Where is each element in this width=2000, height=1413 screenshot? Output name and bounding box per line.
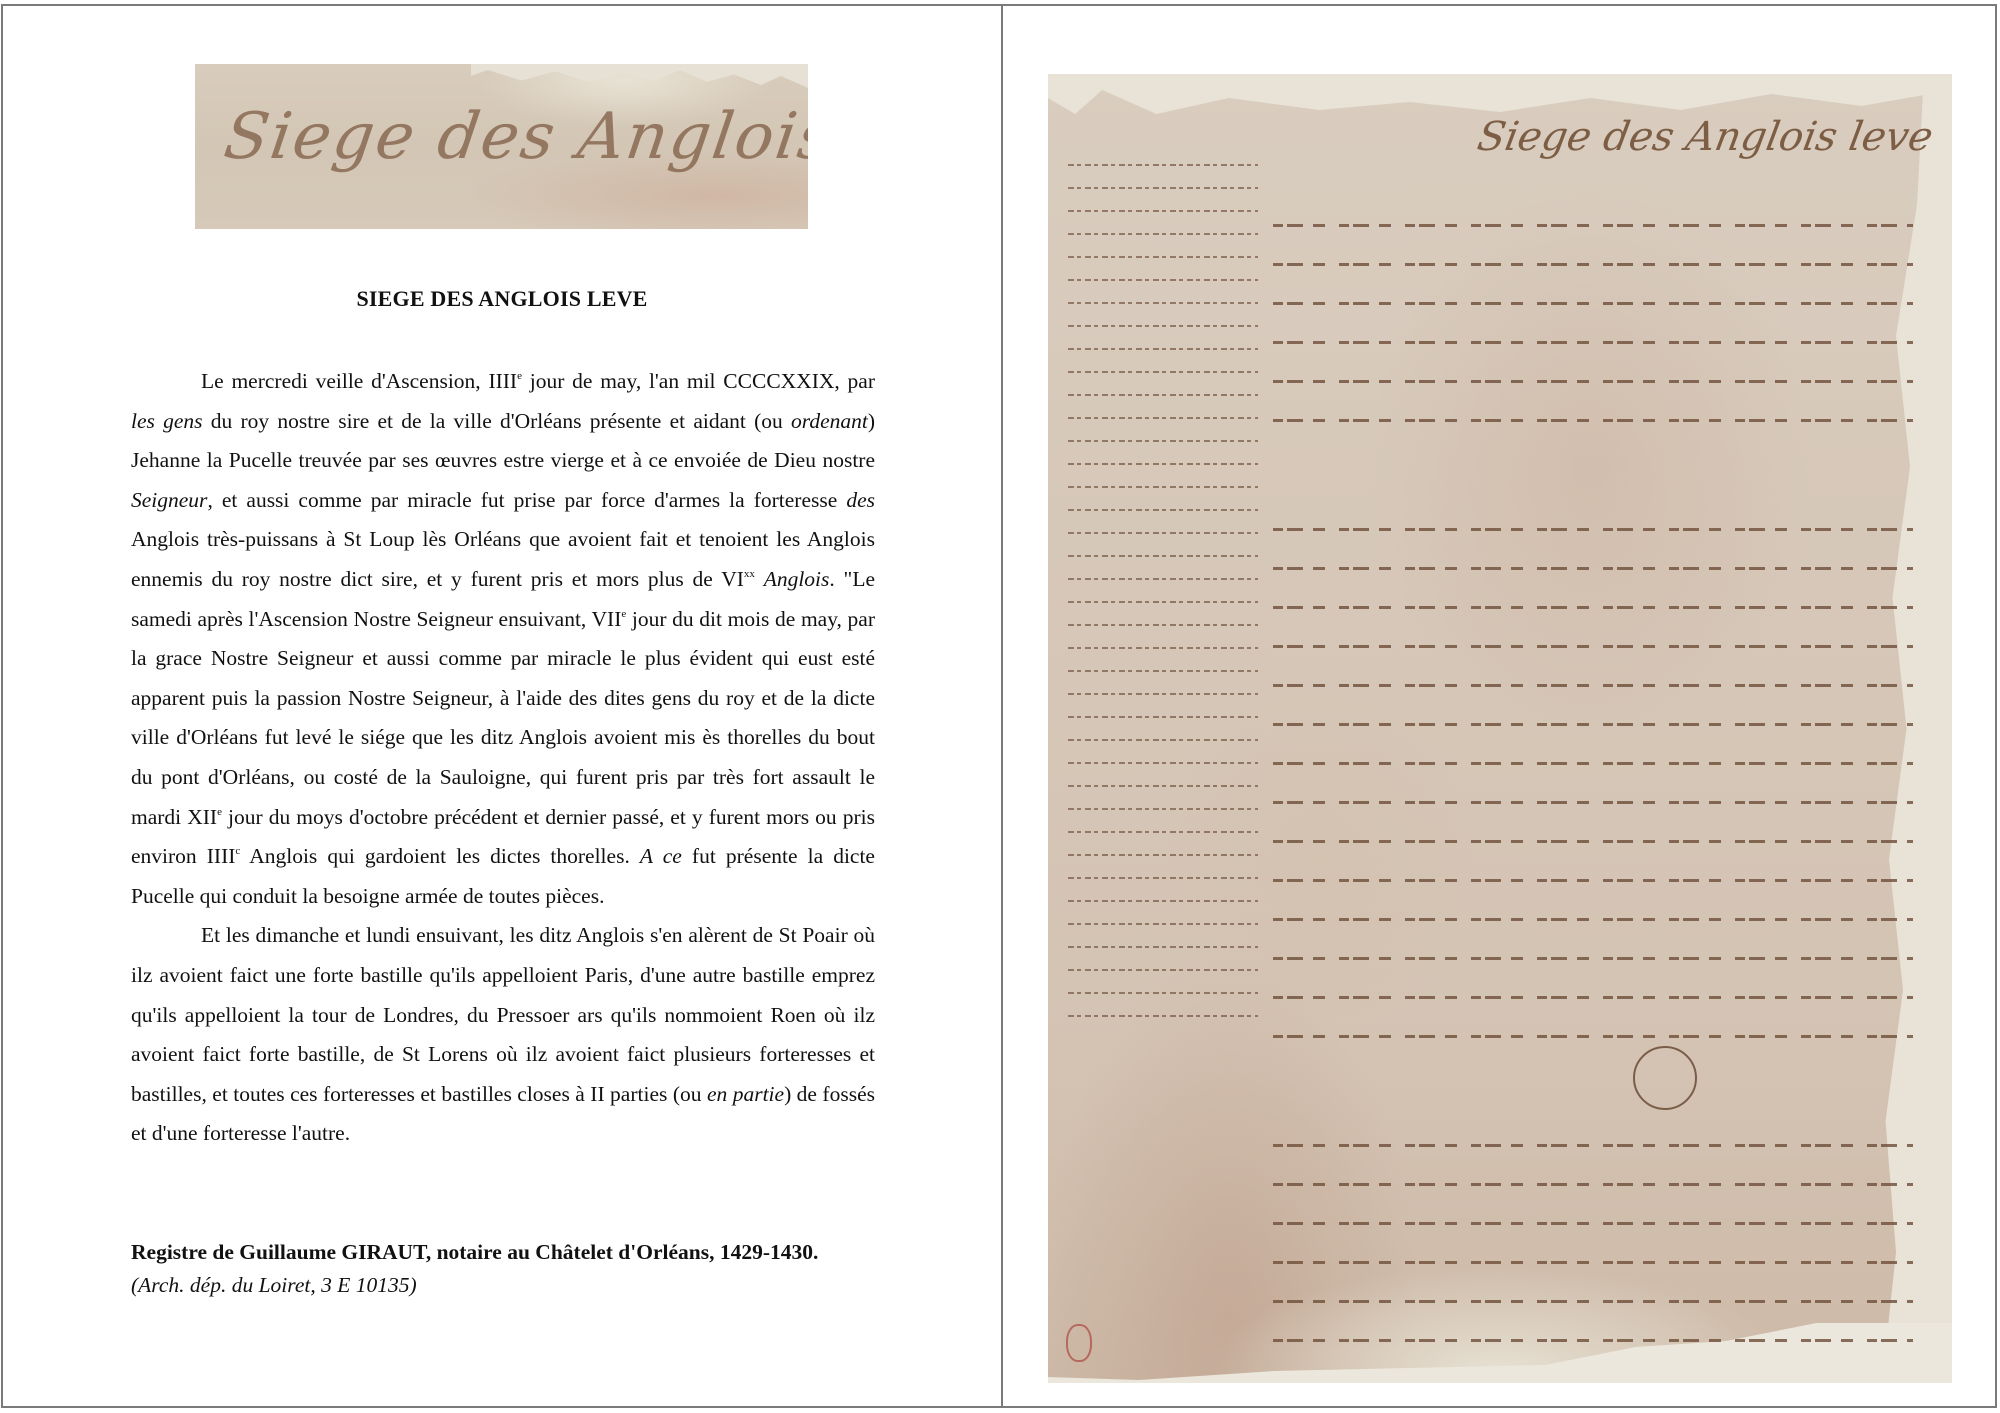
title-manuscript-image: Siege des Anglois leve (195, 64, 808, 229)
seal-mark (1633, 1046, 1697, 1110)
citation: Registre de Guillaume GIRAUT, notaire au… (131, 1236, 818, 1302)
manuscript-image: Siege des Anglois leve (1048, 74, 1952, 1383)
red-mark (1066, 1324, 1092, 1362)
register-source: Registre de Guillaume GIRAUT, notaire au… (131, 1236, 818, 1269)
document-spread: Siege des Anglois leve SIEGE DES ANGLOIS… (1, 4, 1997, 1408)
transcription-text: Le mercredi veille d'Ascension, IIIIe jo… (131, 362, 875, 1154)
paragraph-1: Le mercredi veille d'Ascension, IIIIe jo… (131, 362, 875, 916)
torn-edge-top (1048, 74, 1952, 114)
title-script-text: Siege des Anglois leve (220, 100, 808, 174)
archive-reference: (Arch. dép. du Loiret, 3 E 10135) (131, 1269, 818, 1302)
torn-edge (471, 64, 808, 94)
right-page: Siege des Anglois leve (1003, 6, 1997, 1406)
page-title: SIEGE DES ANGLOIS LEVE (3, 286, 1001, 312)
paragraph-2: Et les dimanche et lundi ensuivant, les … (131, 916, 875, 1154)
manuscript-main-text (1273, 224, 1913, 1378)
manuscript-heading-script: Siege des Anglois leve (1474, 114, 1936, 160)
manuscript-margin-notes (1068, 164, 1258, 1038)
left-page: Siege des Anglois leve SIEGE DES ANGLOIS… (3, 6, 1001, 1406)
